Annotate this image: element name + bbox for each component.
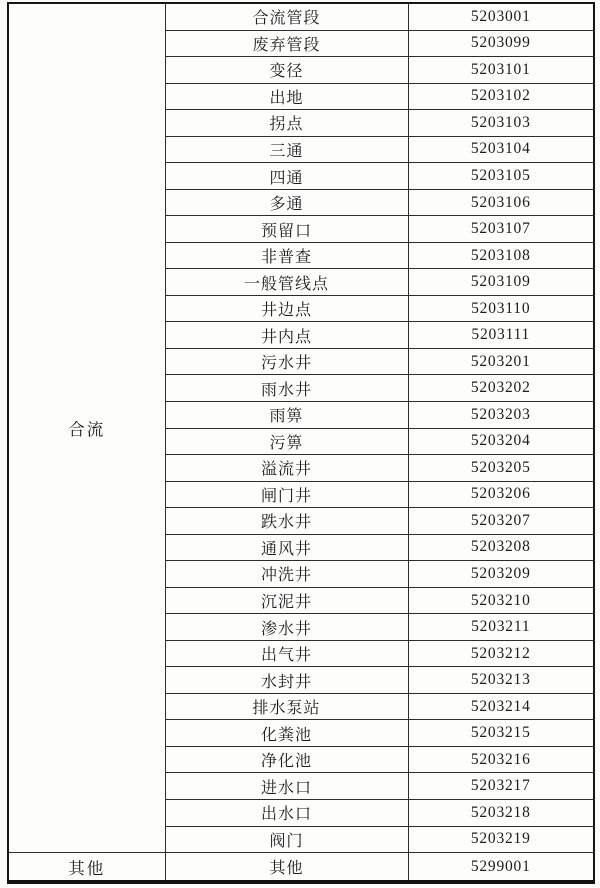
feature-name-cell: 出地 <box>165 83 408 110</box>
code-cell: 5203212 <box>408 640 594 667</box>
code-cell: 5203216 <box>408 746 594 773</box>
feature-name-cell: 拐点 <box>165 110 408 137</box>
feature-name-cell: 沉泥井 <box>165 587 408 614</box>
table-row: 合流 合流管段 5203001 <box>8 3 594 30</box>
code-cell: 5203106 <box>408 189 594 216</box>
code-cell: 5203202 <box>408 375 594 402</box>
code-cell: 5203108 <box>408 242 594 269</box>
code-cell: 5203099 <box>408 30 594 57</box>
pipeline-code-table: 合流 合流管段 5203001 废弃管段 5203099 变径 5203101 … <box>7 2 595 884</box>
code-cell: 5203209 <box>408 561 594 588</box>
feature-name-cell: 一般管线点 <box>165 269 408 296</box>
feature-name-cell: 废弃管段 <box>165 30 408 57</box>
code-cell: 5203206 <box>408 481 594 508</box>
feature-name-cell: 进水口 <box>165 773 408 800</box>
code-cell: 5203207 <box>408 508 594 535</box>
code-cell: 5203211 <box>408 614 594 641</box>
code-cell: 5203213 <box>408 667 594 694</box>
code-cell: 5203219 <box>408 826 594 853</box>
feature-name-cell: 井内点 <box>165 322 408 349</box>
feature-name-cell: 污水井 <box>165 348 408 375</box>
code-cell: 5203208 <box>408 534 594 561</box>
feature-name-cell: 预留口 <box>165 216 408 243</box>
code-cell: 5203102 <box>408 83 594 110</box>
code-cell: 5203205 <box>408 455 594 482</box>
category-cell-other: 其他 <box>8 853 165 882</box>
feature-name-cell: 跌水井 <box>165 508 408 535</box>
feature-name-cell: 合流管段 <box>165 3 408 30</box>
feature-name-cell: 阀门 <box>165 826 408 853</box>
feature-name-cell: 溢流井 <box>165 455 408 482</box>
code-cell: 5203201 <box>408 348 594 375</box>
feature-name-cell: 三通 <box>165 136 408 163</box>
feature-name-cell: 四通 <box>165 163 408 190</box>
table-row-other: 其他 其他 5299001 <box>8 853 594 882</box>
scanned-page: 合流 合流管段 5203001 废弃管段 5203099 变径 5203101 … <box>0 0 600 888</box>
feature-name-cell: 净化池 <box>165 746 408 773</box>
feature-name-cell: 雨箅 <box>165 402 408 429</box>
code-cell: 5203111 <box>408 322 594 349</box>
code-cell: 5203104 <box>408 136 594 163</box>
feature-name-cell: 出气井 <box>165 640 408 667</box>
code-cell: 5203105 <box>408 163 594 190</box>
code-cell: 5203203 <box>408 402 594 429</box>
feature-name-cell: 出水口 <box>165 799 408 826</box>
feature-name-cell: 化粪池 <box>165 720 408 747</box>
feature-name-cell: 非普查 <box>165 242 408 269</box>
merged-category-cell: 合流 <box>8 3 165 853</box>
feature-name-cell: 排水泵站 <box>165 693 408 720</box>
code-cell: 5299001 <box>408 853 594 882</box>
code-cell: 5203217 <box>408 773 594 800</box>
feature-name-cell: 闸门井 <box>165 481 408 508</box>
feature-name-cell: 水封井 <box>165 667 408 694</box>
code-cell: 5203215 <box>408 720 594 747</box>
code-cell: 5203214 <box>408 693 594 720</box>
feature-name-cell: 雨水井 <box>165 375 408 402</box>
feature-name-cell: 变径 <box>165 57 408 84</box>
feature-name-cell: 渗水井 <box>165 614 408 641</box>
code-cell: 5203110 <box>408 295 594 322</box>
code-cell: 5203103 <box>408 110 594 137</box>
feature-name-cell: 污箅 <box>165 428 408 455</box>
feature-name-cell: 冲洗井 <box>165 561 408 588</box>
code-cell: 5203107 <box>408 216 594 243</box>
code-cell: 5203204 <box>408 428 594 455</box>
feature-name-cell: 通风井 <box>165 534 408 561</box>
code-cell: 5203101 <box>408 57 594 84</box>
feature-name-cell: 井边点 <box>165 295 408 322</box>
code-cell: 5203210 <box>408 587 594 614</box>
feature-name-cell: 其他 <box>165 853 408 882</box>
code-cell: 5203218 <box>408 799 594 826</box>
code-cell: 5203109 <box>408 269 594 296</box>
feature-name-cell: 多通 <box>165 189 408 216</box>
code-cell: 5203001 <box>408 3 594 30</box>
